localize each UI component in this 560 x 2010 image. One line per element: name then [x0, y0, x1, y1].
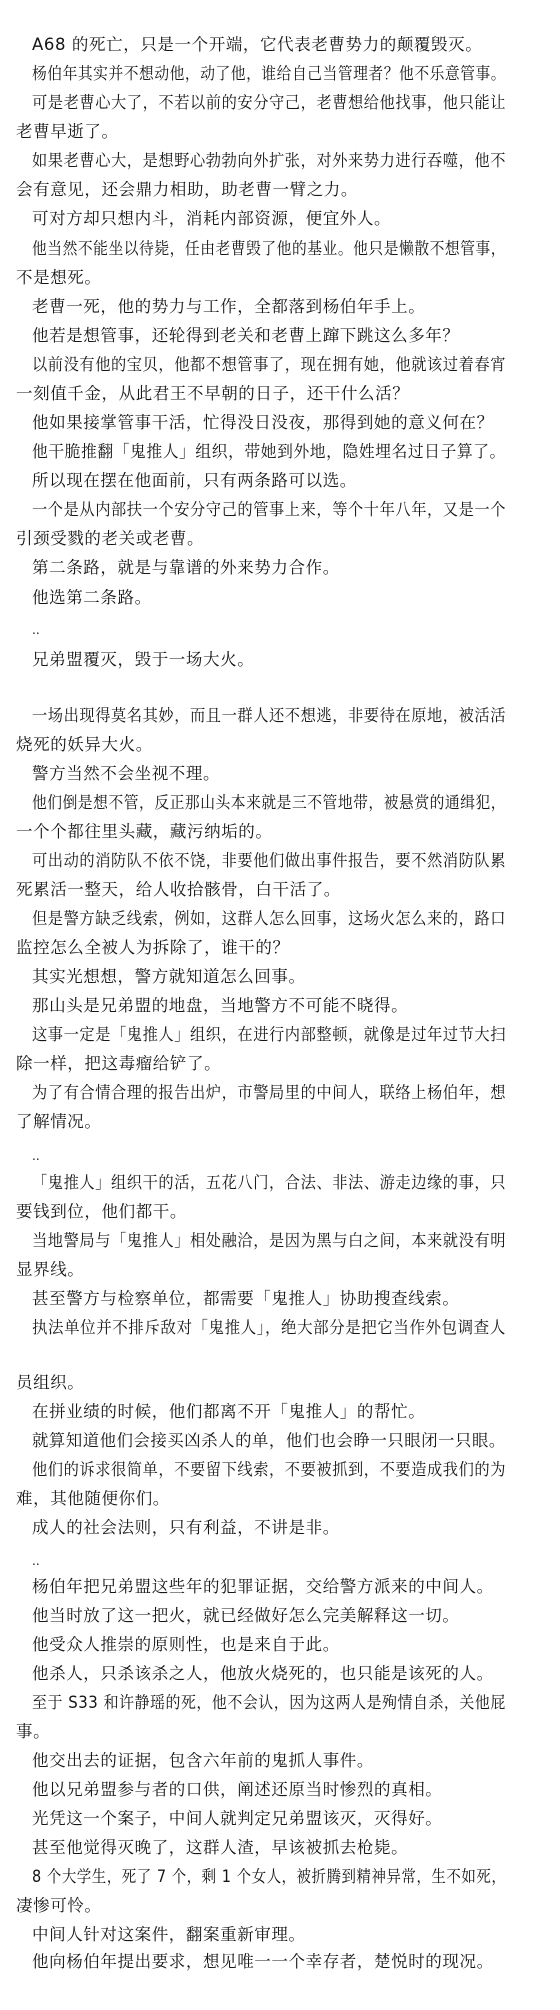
paragraph-continuation-line: 一刻值千金，从此君王不早朝的日子，还干什么活？ [16, 383, 409, 405]
paragraph-continuation-line: 老曹早逝了。 [16, 121, 119, 143]
paragraph-line: 以前没有他的宝贝，他都不想管事了，现在拥有她，他就该过着春宵 [32, 354, 506, 376]
paragraph-line: 可是老曹心大了，不若以前的安分守己，老曹想给他找事，他只能让 [32, 92, 506, 114]
paragraph-line: 他当然不能坐以待毙，任由老曹毁了他的基业。他只是懒散不想管事， [32, 238, 506, 260]
paragraph-line: 他干脆推翻「鬼推人」组织，带她到外地，隐姓埋名过日子算了。 [32, 441, 506, 463]
paragraph-line: 那山头是兄弟盟的地盘，当地警方不可能不晓得。 [32, 995, 408, 1017]
paragraph-line: 他如果接掌管事干活，忙得没日没夜，那得到她的意义何在？ [32, 412, 494, 434]
paragraph-line: 在拼业绩的时候，他们都离不开「鬼推人」的帮忙。 [32, 1401, 425, 1423]
paragraph-line: 他以兄弟盟参与者的口供，阐述还原当时惨烈的真相。 [32, 1779, 442, 1801]
paragraph-line: 甚至他觉得灭晚了，这群人渣，早该被抓去枪毙。 [32, 1837, 408, 1859]
paragraph-line: 可对方却只想内斗，消耗内部资源，便宜外人。 [32, 208, 391, 230]
paragraph-line: 这事一定是「鬼推人」组织，在进行内部整顿，就像是过年过节大扫 [32, 1024, 506, 1046]
section-separator: .. [32, 1550, 40, 1572]
paragraph-line: 为了有合情合理的报告出炉，市警局里的中间人，联络上杨伯年，想 [32, 1082, 506, 1104]
paragraph-continuation-line: 烧死的妖异大火。 [16, 734, 153, 756]
paragraph-continuation-line: 引颈受戮的老关或老曹。 [16, 528, 204, 550]
paragraph-line: 至于 S33 和许静瑶的死，他不会认，因为这两人是殉情自杀，关他屁 [32, 1692, 506, 1714]
paragraph-line: 8 个大学生，死了 7 个，剩 1 个女人，被折腾到精神异常，生不如死， [32, 1866, 506, 1888]
paragraph-line: 警方当然不会坐视不理。 [32, 763, 220, 785]
paragraph-line: 他杀人，只杀该杀之人，他放火烧死的，也只能是该死的人。 [32, 1663, 494, 1685]
paragraph-continuation-line: 显界线。 [16, 1259, 84, 1281]
paragraph-line: A68 的死亡，只是一个开端，它代表老曹势力的颠覆毁灭。 [32, 34, 482, 56]
paragraph-line: 他交出去的证据，包含六年前的鬼抓人事件。 [32, 1750, 374, 1772]
paragraph-line: 其实光想想，警方就知道怎么回事。 [32, 966, 306, 988]
paragraph-line: 当地警局与「鬼推人」相处融洽，是因为黑与白之间，本来就没有明 [32, 1230, 506, 1252]
paragraph-continuation-line: 会有意见，还会鼎力相助，助老曹一臂之力。 [16, 179, 358, 201]
paragraph-continuation-line: 不是想死。 [16, 267, 102, 289]
paragraph-continuation-line: 一个个都往里头藏，藏污纳垢的。 [16, 821, 273, 843]
paragraph-line: 成人的社会法则，只有利益，不讲是非。 [32, 1517, 340, 1539]
paragraph-line: 光凭这一个案子，中间人就判定兄弟盟该灭，灭得好。 [32, 1808, 442, 1830]
paragraph-line: 他们的诉求很简单，不要留下线索，不要被抓到，不要造成我们的为 [32, 1459, 506, 1481]
paragraph-continuation-line: 除一样，把这毒瘤给铲了。 [16, 1053, 221, 1075]
paragraph-continuation-line: 事。 [16, 1721, 50, 1743]
paragraph-continuation-line: 员组织。 [16, 1372, 84, 1394]
paragraph-line: 但是警方缺乏线索，例如，这群人怎么回事，这场火怎么来的，路口 [32, 908, 506, 930]
paragraph-line: 执法单位并不排斥敌对「鬼推人」，绝大部分是把它当作外包调查人 [32, 1317, 506, 1339]
paragraph-line: 可出动的消防队不依不饶，非要他们做出事件报告，要不然消防队累 [32, 850, 506, 872]
paragraph-line: 杨伯年其实并不想动他，动了他，谁给自己当管理者？他不乐意管事。 [32, 63, 506, 85]
paragraph-continuation-line: 要钱到位，他们都干。 [16, 1201, 187, 1223]
paragraph-line: 杨伯年把兄弟盟这些年的犯罪证据，交给警方派来的中间人。 [32, 1576, 494, 1598]
paragraph-line: 一场出现得莫名其妙，而且一群人还不想逃，非要待在原地，被活活 [32, 705, 506, 727]
paragraph-line: 所以现在摆在他面前，只有两条路可以选。 [32, 470, 357, 492]
paragraph-line: 他们倒是想不管，反正那山头本来就是三不管地带，被悬赏的通缉犯， [32, 792, 506, 814]
paragraph-line: 如果老曹心大，是想野心勃勃向外扩张，对外来势力进行吞噬，他不 [32, 150, 506, 172]
paragraph-line: 老曹一死，他的势力与工作，全都落到杨伯年手上。 [32, 296, 425, 318]
paragraph-continuation-line: 难，其他随便你们。 [16, 1488, 170, 1510]
paragraph-line: 他向杨伯年提出要求，想见唯一一个幸存者，楚悦时的现况。 [32, 1951, 494, 1973]
paragraph-line: 「鬼推人」组织干的活，五花八门，合法、非法、游走边缘的事，只 [32, 1172, 506, 1194]
paragraph-continuation-line: 死累活一整天，给人收拾骸骨，白干活了。 [16, 879, 341, 901]
paragraph-line: 中间人针对这案件，翻案重新审理。 [32, 1924, 306, 1946]
paragraph-line: 他受众人推崇的原则性，也是来自于此。 [32, 1634, 340, 1656]
paragraph-line: 就算知道他们会接买凶杀人的单，他们也会睁一只眼闭一只眼。 [32, 1430, 506, 1452]
document-page: A68 的死亡，只是一个开端，它代表老曹势力的颠覆毁灭。杨伯年其实并不想动他，动… [0, 0, 560, 2010]
paragraph-line: 第二条路，就是与靠谱的外来势力合作。 [32, 557, 340, 579]
paragraph-line: 甚至警方与检察单位，都需要「鬼推人」协助搜查线索。 [32, 1288, 460, 1310]
paragraph-continuation-line: 监控怎么全被人为拆除了，谁干的？ [16, 937, 290, 959]
paragraph-line: 他若是想管事，还轮得到老关和老曹上蹿下跳这么多年？ [32, 325, 460, 347]
paragraph-continuation-line: 凄惨可怜。 [16, 1895, 102, 1917]
section-separator: .. [32, 619, 40, 641]
paragraph-line: 兄弟盟覆灭，毁于一场大火。 [32, 649, 254, 671]
paragraph-continuation-line: 了解情况。 [16, 1111, 102, 1133]
paragraph-line: 一个是从内部扶一个安分守己的管事上来，等个十年八年，又是一个 [32, 499, 506, 521]
paragraph-line: 他当时放了这一把火，就已经做好怎么完美解释这一切。 [32, 1605, 460, 1627]
paragraph-line: 他选第二条路。 [32, 587, 152, 609]
section-separator: .. [32, 1145, 40, 1167]
